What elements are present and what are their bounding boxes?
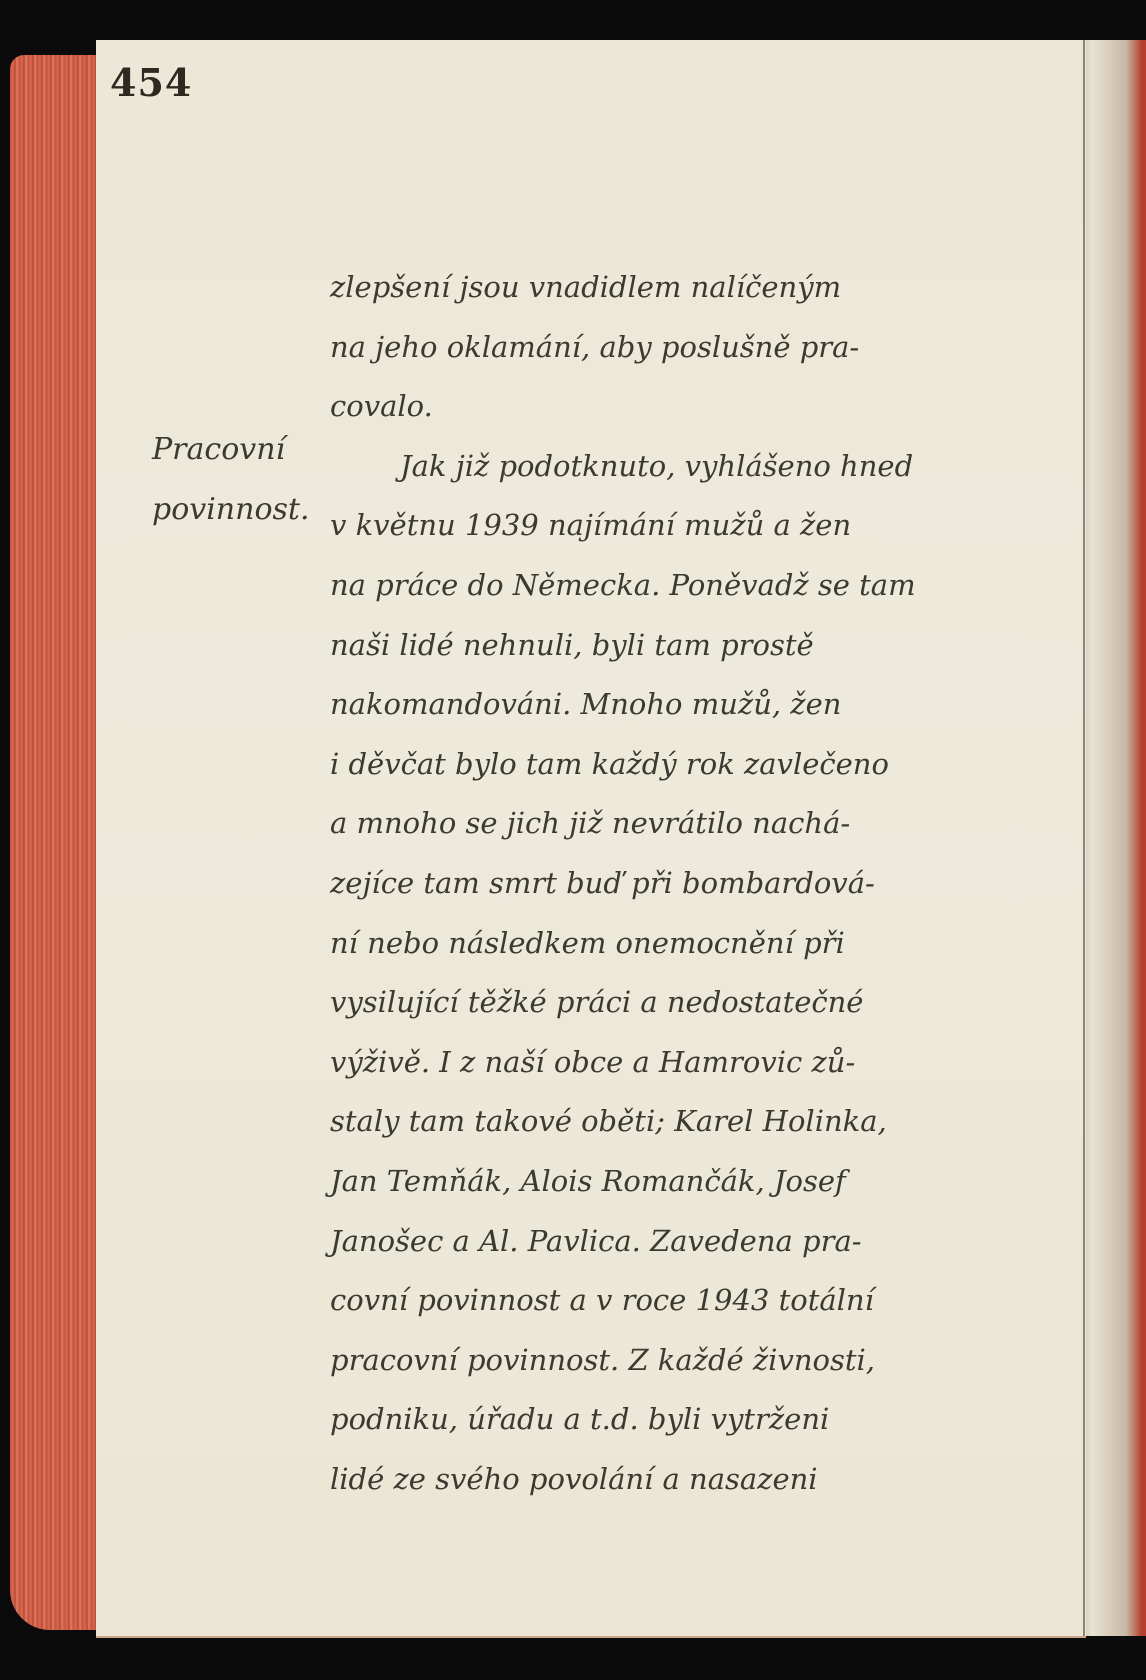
text-line: ní nebo následkem onemocnění při (330, 914, 970, 974)
facing-page-edge (1086, 40, 1146, 1636)
text-line: na práce do Německa. Poněvadž se tam (330, 556, 970, 616)
text-line: na jeho oklamání, aby poslušně pra- (330, 318, 970, 378)
margin-note: Pracovní povinnost. (152, 420, 310, 540)
text-line: Janošec a Al. Pavlica. Zavedena pra- (330, 1212, 970, 1272)
gutter-line (1083, 40, 1085, 1636)
page-number: 454 (110, 60, 192, 105)
text-line: lidé ze svého povolání a nasazeni (330, 1450, 970, 1510)
margin-note-line: Pracovní (152, 420, 310, 480)
book-page-edges (10, 55, 100, 1630)
text-line: v květnu 1939 najímání mužů a žen (330, 496, 970, 556)
text-line: podniku, úřadu a t.d. byli vytrženi (330, 1390, 970, 1450)
text-line: nakomandováni. Mnoho mužů, žen (330, 675, 970, 735)
text-line: pracovní povinnost. Z každé živnosti, (330, 1331, 970, 1391)
handwritten-text: zlepšení jsou vnadidlem nalíčeným na jeh… (330, 258, 970, 1509)
text-line: a mnoho se jich již nevrátilo nachá- (330, 794, 970, 854)
text-line: zejíce tam smrt buď při bombardová- (330, 854, 970, 914)
text-line: covní povinnost a v roce 1943 totální (330, 1271, 970, 1331)
margin-note-line: povinnost. (152, 480, 310, 540)
text-line: naši lidé nehnuli, byli tam prostě (330, 616, 970, 676)
text-line: i děvčat bylo tam každý rok zavlečeno (330, 735, 970, 795)
text-line: staly tam takové oběti; Karel Holinka, (330, 1092, 970, 1152)
text-line: Jak již podotknuto, vyhlášeno hned (330, 437, 970, 497)
text-line: covalo. (330, 377, 970, 437)
text-line: Jan Temňák, Alois Romančák, Josef (330, 1152, 970, 1212)
text-line: výživě. I z naší obce a Hamrovic zů- (330, 1033, 970, 1093)
text-line: zlepšení jsou vnadidlem nalíčeným (330, 258, 970, 318)
text-line: vysilující těžké práci a nedostatečné (330, 973, 970, 1033)
